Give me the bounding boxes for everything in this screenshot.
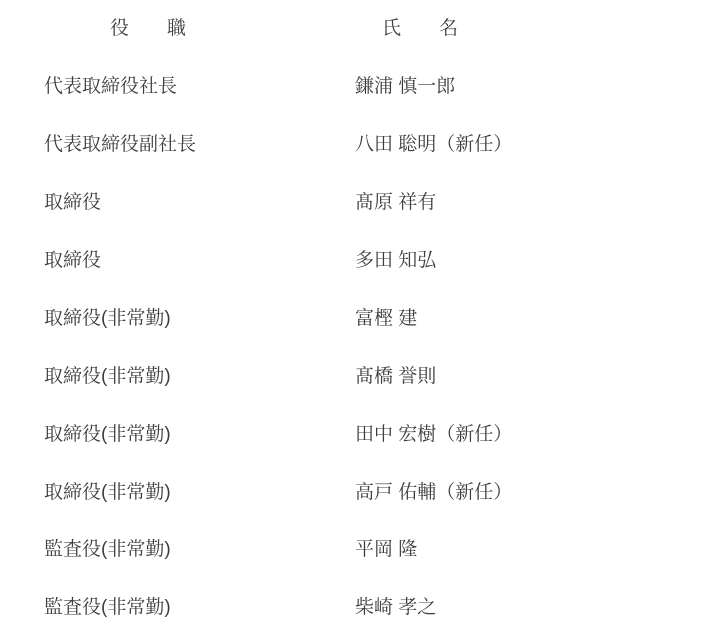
- table-row: 取締役(非常勤) 富樫 建: [0, 289, 725, 347]
- position-cell: 代表取締役副社長: [0, 135, 355, 154]
- column-header-position: 役 職: [0, 19, 355, 38]
- position-cell: 監査役(非常勤): [0, 540, 355, 559]
- position-cell: 取締役(非常勤): [0, 367, 355, 386]
- table-row: 取締役 髙原 祥有: [0, 174, 725, 232]
- position-cell: 取締役: [0, 193, 355, 212]
- name-cell: 髙原 祥有: [355, 193, 725, 212]
- position-cell: 代表取締役社長: [0, 77, 355, 96]
- table-row: 取締役 多田 知弘: [0, 232, 725, 290]
- table-row: 取締役(非常勤) 田中 宏樹（新任）: [0, 405, 725, 463]
- name-cell: 柴崎 孝之: [355, 598, 725, 617]
- position-cell: 取締役(非常勤): [0, 483, 355, 502]
- name-cell: 多田 知弘: [355, 251, 725, 270]
- name-cell: 髙橋 誉則: [355, 367, 725, 386]
- name-cell: 平岡 隆: [355, 540, 725, 559]
- table-header-row: 役 職 氏 名: [0, 0, 725, 58]
- position-cell: 監査役(非常勤): [0, 598, 355, 617]
- name-cell: 田中 宏樹（新任）: [355, 425, 725, 444]
- table-row: 監査役(非常勤) 柴崎 孝之: [0, 579, 725, 637]
- table-row: 取締役(非常勤) 高戸 佑輔（新任）: [0, 463, 725, 521]
- position-cell: 取締役(非常勤): [0, 425, 355, 444]
- name-cell: 富樫 建: [355, 309, 725, 328]
- table-row: 代表取締役副社長 八田 聡明（新任）: [0, 116, 725, 174]
- name-cell: 高戸 佑輔（新任）: [355, 483, 725, 502]
- name-cell: 八田 聡明（新任）: [355, 135, 725, 154]
- officers-table-document: 役 職 氏 名 代表取締役社長 鎌浦 慎一郎 代表取締役副社長 八田 聡明（新任…: [0, 0, 725, 637]
- table-row: 代表取締役社長 鎌浦 慎一郎: [0, 58, 725, 116]
- position-cell: 取締役(非常勤): [0, 309, 355, 328]
- table-row: 監査役(非常勤) 平岡 隆: [0, 521, 725, 579]
- name-cell: 鎌浦 慎一郎: [355, 77, 725, 96]
- table-row: 取締役(非常勤) 髙橋 誉則: [0, 347, 725, 405]
- column-header-name: 氏 名: [355, 19, 725, 38]
- position-cell: 取締役: [0, 251, 355, 270]
